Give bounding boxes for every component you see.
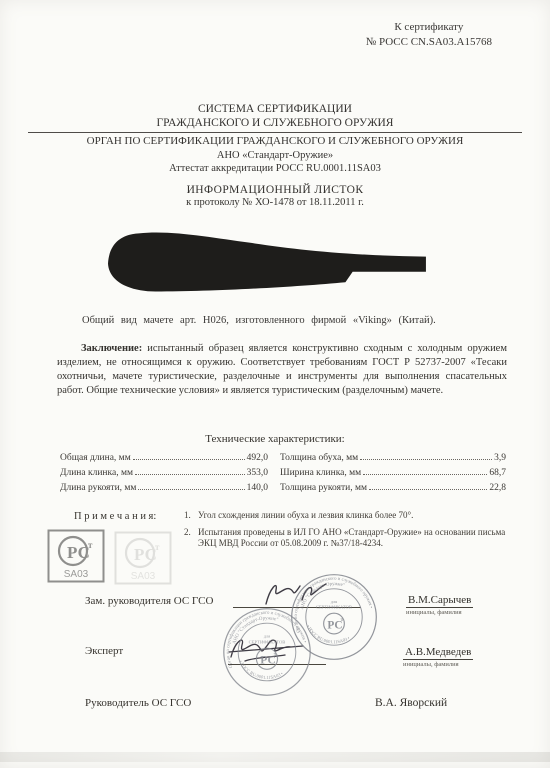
spec-value: 22,8 xyxy=(489,482,506,495)
deputy-head-title: Зам. руководителя ОС ГСО xyxy=(85,595,213,607)
expert-name: А.В.Медведев xyxy=(403,646,473,660)
certificate-reference-line1: К сертификату xyxy=(366,20,492,35)
stamp-code-label: SA03 xyxy=(131,571,156,582)
certificate-reference-number: № РОСС CN.SA03.A15768 xyxy=(366,35,492,50)
stamp-center-certificates: СЕРТИФИКАТОВ xyxy=(249,639,286,644)
rst-logo-t: т xyxy=(155,542,160,552)
rst-logo-letters: РС xyxy=(134,545,157,564)
system-line1: СИСТЕМА СЕРТИФИКАЦИИ xyxy=(28,102,522,116)
spec-row: Длина рукояти, мм140,0 xyxy=(60,482,268,495)
conclusion-label: Заключение: xyxy=(81,343,142,354)
expert-name-block: А.В.Медведев инициалы, фамилия xyxy=(403,646,473,668)
conclusion-paragraph: Заключение: испытанный образец является … xyxy=(57,342,507,398)
spec-value: 68,7 xyxy=(489,467,506,480)
certification-system-title: СИСТЕМА СЕРТИФИКАЦИИ ГРАЖДАНСКОГО И СЛУЖ… xyxy=(28,102,522,133)
deputy-head-name: В.М.Сарычев xyxy=(406,594,473,608)
stamp-center-dlya: для xyxy=(331,599,337,604)
spec-row: Длина клинка, мм353,0 xyxy=(60,467,268,480)
spec-value: 3,9 xyxy=(494,452,506,465)
specs-right-column: Толщина обуха, мм3,9 Ширина клинка, мм68… xyxy=(280,452,506,494)
note-text: Угол схождения линии обуха и лезвия клин… xyxy=(198,510,413,522)
name-caption: инициалы, фамилия xyxy=(406,609,473,616)
spec-value: 140,0 xyxy=(247,482,268,495)
expert-title: Эксперт xyxy=(85,645,123,657)
stamp-center-certificates: СЕРТИФИКАТОВ xyxy=(316,605,352,610)
round-org-stamp: Орган по сертификации гражданского и слу… xyxy=(219,604,315,700)
specs-title: Технические характеристики: xyxy=(28,433,522,445)
spec-row: Общая длина, мм492,0 xyxy=(60,452,268,465)
spec-label: Длина рукояти, мм xyxy=(60,482,136,495)
rst-logo-letters: РС xyxy=(67,543,90,562)
note-number: 2. xyxy=(184,527,198,550)
body-line2: АНО «Стандарт-Оружие» xyxy=(28,149,522,162)
head-title: Руководитель ОС ГСО xyxy=(85,697,191,709)
spec-row: Толщина обуха, мм3,9 xyxy=(280,452,506,465)
document-title: ИНФОРМАЦИОННЫЙ ЛИСТОК xyxy=(28,184,522,196)
notes-list: 1. Угол схождения линии обуха и лезвия к… xyxy=(184,510,506,555)
body-line1: ОРГАН ПО СЕРТИФИКАЦИИ ГРАЖДАНСКОГО И СЛУ… xyxy=(28,135,522,149)
spec-label: Толщина обуха, мм xyxy=(280,452,358,465)
spec-value: 353,0 xyxy=(247,467,268,480)
stamp-code-label: SA03 xyxy=(64,569,89,580)
certificate-reference: К сертификату № РОСС CN.SA03.A15768 xyxy=(366,20,492,50)
spec-row: Ширина клинка, мм68,7 xyxy=(280,467,506,480)
note-number: 1. xyxy=(184,510,198,522)
stamp-center-dlya: для xyxy=(264,634,270,639)
protocol-reference: к протоколу № ХО-1478 от 18.11.2011 г. xyxy=(28,197,522,208)
note-text: Испытания проведены в ИЛ ГО АНО «Стандар… xyxy=(198,527,506,550)
dotted-leader xyxy=(133,459,245,460)
deputy-head-name-block: В.М.Сарычев инициалы, фамилия xyxy=(406,594,473,616)
accreditation-number: Аттестат аккредитации РОСС RU.0001.11SA0… xyxy=(28,162,522,175)
conformity-mark-stamp-faint: РС т SA03 xyxy=(114,531,172,585)
system-line2: ГРАЖДАНСКОГО И СЛУЖЕБНОГО ОРУЖИЯ xyxy=(28,116,522,130)
notes-label: П р и м е ч а н и я: xyxy=(74,511,156,522)
dotted-leader xyxy=(138,489,244,490)
dotted-leader xyxy=(363,474,487,475)
spec-label: Ширина клинка, мм xyxy=(280,467,361,480)
machete-silhouette xyxy=(108,232,426,291)
scanned-certificate-page: К сертификату № РОСС CN.SA03.A15768 СИСТ… xyxy=(0,0,550,768)
head-name: В.А. Яворский xyxy=(375,697,447,709)
rst-logo-t: т xyxy=(88,540,93,550)
conformity-mark-stamp: РС т SA03 xyxy=(47,529,105,583)
spec-label: Общая длина, мм xyxy=(60,452,131,465)
note-item: 2. Испытания проведены в ИЛ ГО АНО «Стан… xyxy=(184,527,506,550)
specs-left-column: Общая длина, мм492,0 Длина клинка, мм353… xyxy=(60,452,268,494)
note-item: 1. Угол схождения линии обуха и лезвия к… xyxy=(184,510,506,522)
spec-row: Толщина рукояти, мм22,8 xyxy=(280,482,506,495)
dotted-leader xyxy=(369,489,487,490)
machete-photo xyxy=(108,231,428,295)
document-title-block: ИНФОРМАЦИОННЫЙ ЛИСТОК к протоколу № ХО-1… xyxy=(28,184,522,208)
spec-label: Толщина рукояти, мм xyxy=(280,482,367,495)
dotted-leader xyxy=(135,474,245,475)
org-header: СИСТЕМА СЕРТИФИКАЦИИ ГРАЖДАНСКОГО И СЛУЖ… xyxy=(28,102,522,175)
stamp-rst-logo-t: т xyxy=(341,617,344,623)
photo-caption: Общий вид мачете арт. Н026, изготовленно… xyxy=(58,315,506,326)
spec-value: 492,0 xyxy=(247,452,268,465)
stamp-rst-logo-t: т xyxy=(274,652,277,658)
specs-table: Общая длина, мм492,0 Длина клинка, мм353… xyxy=(60,452,506,494)
certification-body-title: ОРГАН ПО СЕРТИФИКАЦИИ ГРАЖДАНСКОГО И СЛУ… xyxy=(28,135,522,175)
dotted-leader xyxy=(360,459,492,460)
name-caption: инициалы, фамилия xyxy=(403,661,473,668)
spec-label: Длина клинка, мм xyxy=(60,467,133,480)
